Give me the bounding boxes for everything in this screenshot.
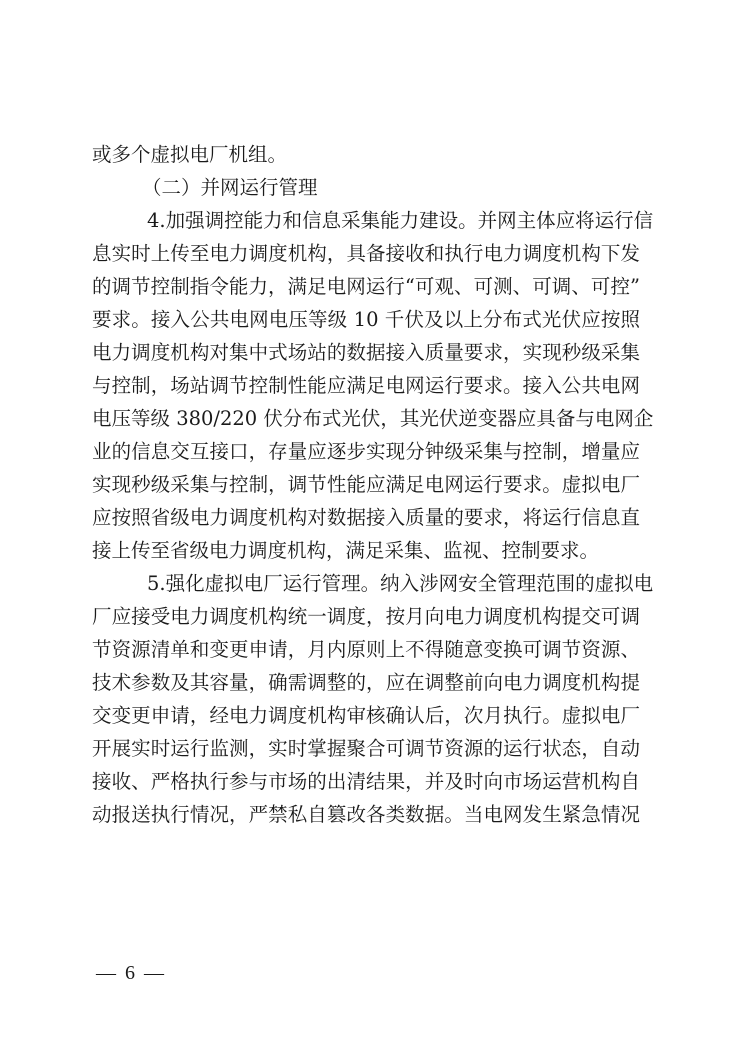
paragraph-4-line: 要求。接入公共电网电压等级 10 千伏及以上分布式光伏应按照 — [92, 303, 640, 336]
document-body: 或多个虚拟电厂机组。 （二）并网运行管理 4.加强调控能力和信息采集能力建设。并… — [92, 138, 640, 831]
paragraph-5-line: 厂应接受电力调度机构统一调度，按月向电力调度机构提交可调 — [92, 600, 640, 633]
paragraph-5-line: 节资源清单和变更申请，月内原则上不得随意变换可调节资源、 — [92, 633, 640, 666]
paragraph-4-line: 电力调度机构对集中式场站的数据接入质量要求，实现秒级采集 — [92, 336, 640, 369]
paragraph-continuation-line: 或多个虚拟电厂机组。 — [92, 138, 640, 171]
paragraph-4-line: 4.加强调控能力和信息采集能力建设。并网主体应将运行信 — [92, 204, 640, 237]
page-number: — 6 — — [96, 962, 166, 985]
paragraph-4-line: 实现秒级采集与控制，调节性能应满足电网运行要求。虚拟电厂 — [92, 468, 640, 501]
paragraph-4-line: 与控制，场站调节控制性能应满足电网运行要求。接入公共电网 — [92, 369, 640, 402]
paragraph-5-line: 5.强化虚拟电厂运行管理。纳入涉网安全管理范围的虚拟电 — [92, 567, 640, 600]
paragraph-5-line: 接收、严格执行参与市场的出清结果，并及时向市场运营机构自 — [92, 765, 640, 798]
paragraph-5-line: 技术参数及其容量，确需调整的，应在调整前向电力调度机构提 — [92, 666, 640, 699]
paragraph-4-line: 业的信息交互接口，存量应逐步实现分钟级采集与控制，增量应 — [92, 435, 640, 468]
paragraph-4-line: 电压等级 380/220 伏分布式光伏，其光伏逆变器应具备与电网企 — [92, 402, 640, 435]
paragraph-5-line: 开展实时运行监测，实时掌握聚合可调节资源的运行状态，自动 — [92, 732, 640, 765]
paragraph-4-line: 息实时上传至电力调度机构，具备接收和执行电力调度机构下发 — [92, 237, 640, 270]
paragraph-4-line: 应按照省级电力调度机构对数据接入质量的要求，将运行信息直 — [92, 501, 640, 534]
paragraph-4-line: 接上传至省级电力调度机构，满足采集、监视、控制要求。 — [92, 534, 640, 567]
section-heading: （二）并网运行管理 — [92, 171, 640, 204]
paragraph-5-line: 交变更申请，经电力调度机构审核确认后，次月执行。虚拟电厂 — [92, 699, 640, 732]
paragraph-5-line: 动报送执行情况，严禁私自篡改各类数据。当电网发生紧急情况 — [92, 798, 640, 831]
paragraph-4-line: 的调节控制指令能力，满足电网运行“可观、可测、可调、可控” — [92, 270, 640, 303]
